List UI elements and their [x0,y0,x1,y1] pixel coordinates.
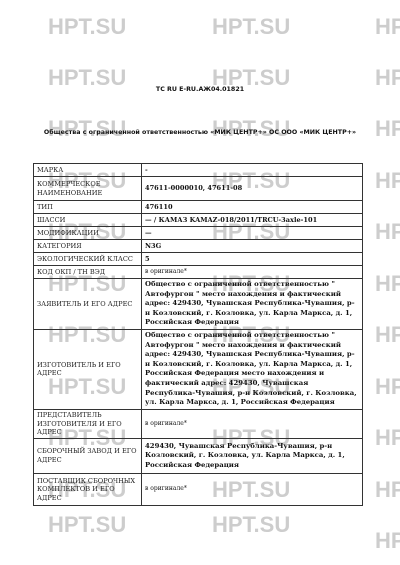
watermark: HP [375,221,400,243]
table-row-representative: ПРЕДСТАВИТЕЛЬ ИЗГОТОВИТЕЛЯ И ЕГО АДРЕС в… [34,409,363,438]
table-row-applicant: ЗАЯВИТЕЛЬ И ЕГО АДРЕС Общество с огранич… [34,279,363,330]
row-label: ЭКОЛОГИЧЕСКИЙ КЛАСС [34,253,142,266]
watermark: HP [375,530,400,552]
certification-body: Общества с ограниченной ответственностью… [0,129,400,136]
watermark: HPT.SU [212,16,290,38]
row-label: КОД ОКП / ТН ВЭД [34,266,142,279]
table-row-eco-class: ЭКОЛОГИЧЕСКИЙ КЛАСС 5 [34,253,363,266]
row-label: ТИП [34,201,142,214]
row-value: — / КАМАЗ KAMAZ-018/2011/TRCU-3axle-101 [142,214,363,227]
watermark: HPT.SU [48,514,126,536]
table-row-manufacturer: ИЗГОТОВИТЕЛЬ И ЕГО АДРЕС Общество с огра… [34,329,363,409]
row-value: - [142,164,363,177]
certificate-number: ТС RU E-RU.АЖ04.01821 [0,86,400,93]
row-label: МОДИФИКАЦИИ [34,227,142,240]
row-value: в оригинале* [142,266,363,279]
table-row-modifications: МОДИФИКАЦИИ — [34,227,363,240]
table-row-commercial-name: КОММЕРЧЕСКОЕ НАИМЕНОВАНИЕ 47611-0000010,… [34,177,363,201]
table-row-brand: МАРКА - [34,164,363,177]
row-value: 47611-0000010, 47611-08 [142,177,363,201]
row-label: ПОСТАВЩИК СБОРОЧНЫХ КОМПЛЕКТОВ И ЕГО АДР… [34,473,142,505]
table-row-category: КАТЕГОРИЯ N3G [34,240,363,253]
table-row-chassis: ШАССИ — / КАМАЗ KAMAZ-018/2011/TRCU-3axl… [34,214,363,227]
table-row-kit-supplier: ПОСТАВЩИК СБОРОЧНЫХ КОМПЛЕКТОВ И ЕГО АДР… [34,473,363,505]
watermark: HP [375,324,400,346]
row-value: N3G [142,240,363,253]
row-label: ШАССИ [34,214,142,227]
watermark: HP [375,479,400,501]
row-label: КАТЕГОРИЯ [34,240,142,253]
row-label: СБОРОЧНЫЙ ЗАВОД И ЕГО АДРЕС [34,438,142,473]
watermark: HP [375,427,400,449]
row-value: в оригинале* [142,409,363,438]
row-value: Общество с ограниченной ответственностью… [142,279,363,330]
row-label: КОММЕРЧЕСКОЕ НАИМЕНОВАНИЕ [34,177,142,201]
row-value: 476110 [142,201,363,214]
watermark: HPT.SU [48,16,126,38]
row-value: 429430, Чувашская Республика-Чувашия, р-… [142,438,363,473]
row-value: — [142,227,363,240]
watermark: HP [375,16,400,38]
row-value: в оригинале* [142,473,363,505]
watermark: HP [375,273,400,295]
row-label: МАРКА [34,164,142,177]
vehicle-spec-table: МАРКА - КОММЕРЧЕСКОЕ НАИМЕНОВАНИЕ 47611-… [33,163,363,506]
row-label: ПРЕДСТАВИТЕЛЬ ИЗГОТОВИТЕЛЯ И ЕГО АДРЕС [34,409,142,438]
table-row-type: ТИП 476110 [34,201,363,214]
row-label: ИЗГОТОВИТЕЛЬ И ЕГО АДРЕС [34,329,142,409]
table-row-okp-code: КОД ОКП / ТН ВЭД в оригинале* [34,266,363,279]
watermark: HPT.SU [212,514,290,536]
row-label: ЗАЯВИТЕЛЬ И ЕГО АДРЕС [34,279,142,330]
table-row-assembly-plant: СБОРОЧНЫЙ ЗАВОД И ЕГО АДРЕС 429430, Чува… [34,438,363,473]
row-value: Общество с ограниченной ответственностью… [142,329,363,409]
watermark: HP [375,170,400,192]
row-value: 5 [142,253,363,266]
watermark: HP [375,376,400,398]
